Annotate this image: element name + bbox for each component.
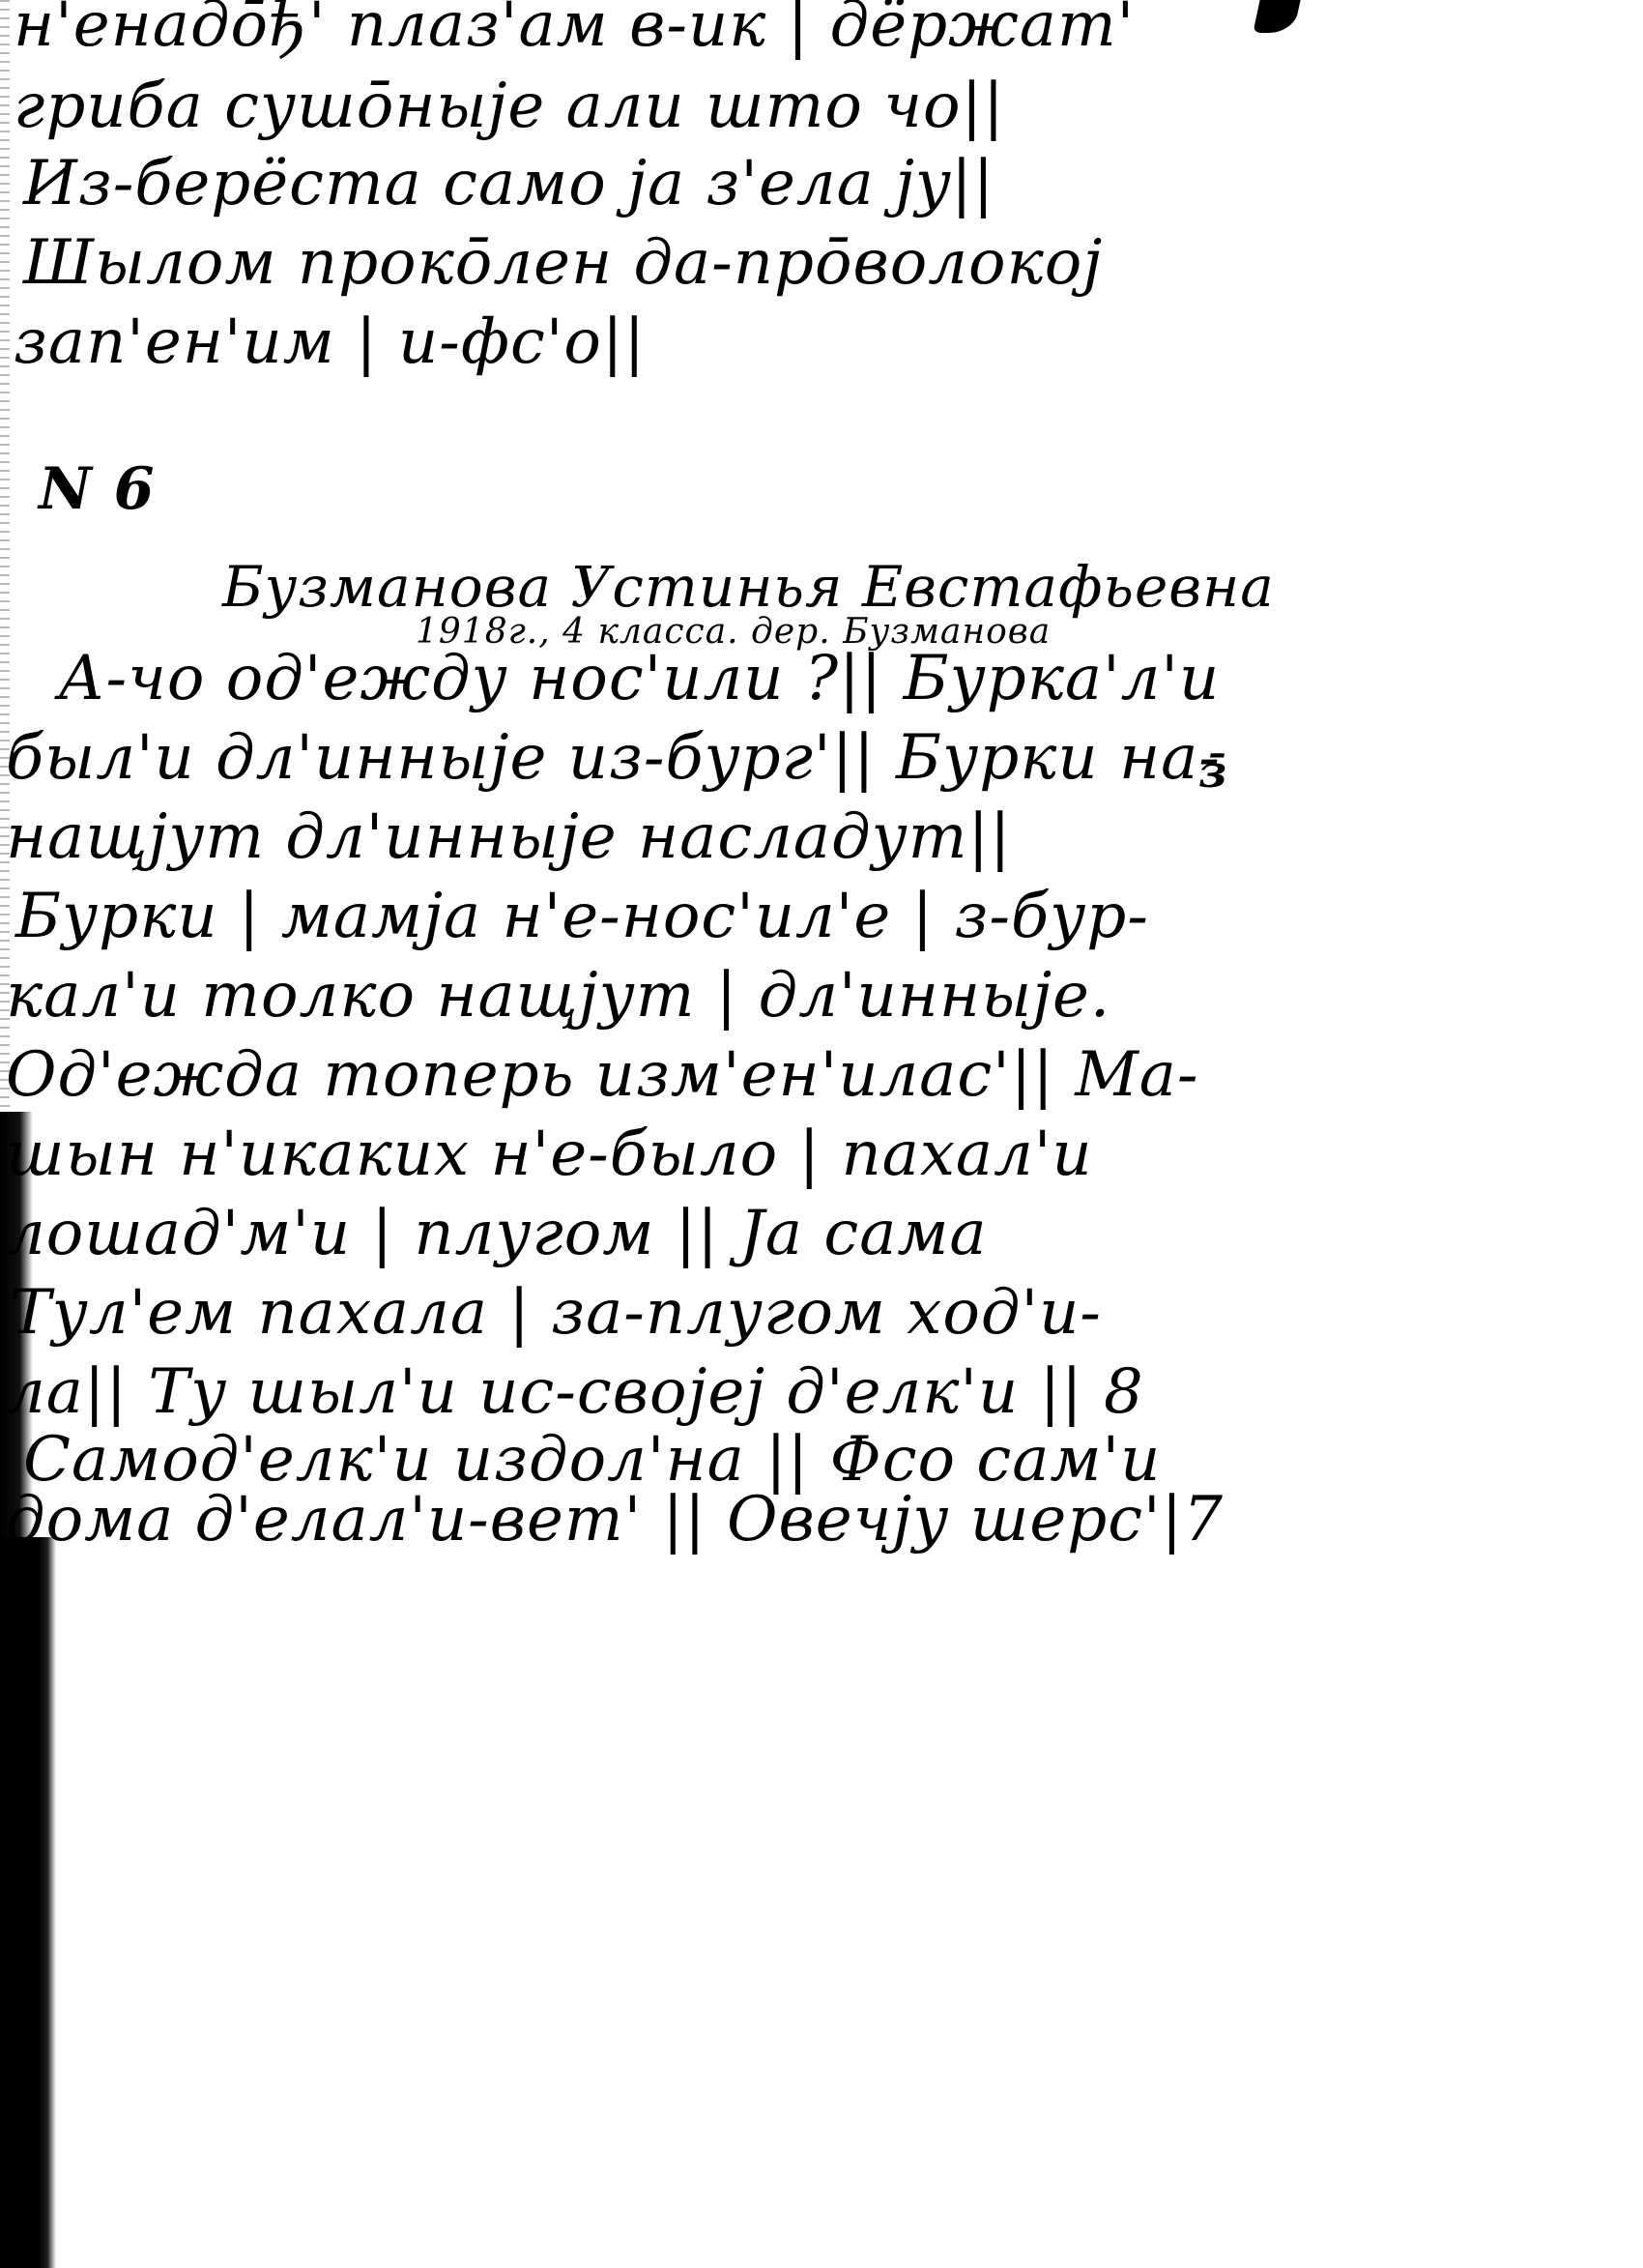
body-line-9: Тул'ем пахала | за-плугом ход'и- [10,1282,1102,1344]
body-line-3: нащјут дл'инныје насладут|| [6,806,1012,868]
informant-name: Бузманова Устинья Евстафьевна [222,559,1275,615]
body-line-5: кал'и толко нащјут | дл'инныје. [6,965,1110,1027]
top-line-5: зап'ен'им | и-фс'о|| [14,311,646,373]
margin-mark-1: з̄ [1198,749,1227,794]
top-line-3: Из-берёста само ја з'ела јy|| [23,153,994,215]
manuscript-page: н'енадо̄ђ' плаз'ам в-ик | дёржат' гриба … [0,0,1643,2268]
top-line-2: гриба сушо̄ныје али што чо|| [14,75,1005,137]
top-line-1: н'енадо̄ђ' плаз'ам в-ик | дёржат' [14,0,1135,56]
body-line-7: шын н'икакиx н'е-было | пахал'и [6,1123,1093,1185]
body-line-4: Бурки | мамја н'е-нос'ил'е | з-бур- [15,886,1149,947]
body-line-6: Од'ежда топерь изм'ен'илас'|| Ма- [6,1044,1199,1106]
section-number: N 6 [39,460,155,518]
body-line-12: дома д'елал'и-вет' || Овечју шерс'|7 [6,1489,1224,1551]
body-line-11: Самод'елк'и издол'на || Фсо сам'и [23,1429,1161,1491]
body-line-2: был'и дл'инныје из-бург'|| Бурки на- [6,727,1221,789]
ink-blot [1253,0,1300,33]
body-line-1: А-чо од'ежду нос'или ?|| Бурка'л'и [58,648,1220,710]
body-line-10: ла|| Ту шыл'и ис-своjej д'елк'и || 8 [6,1361,1144,1423]
top-line-4: Шылом проко̄лен да-про̄волокој [23,232,1103,294]
body-line-8: лошад'м'и | плугом || Ја сама [6,1203,988,1265]
binding-shadow-bottom [0,1537,56,2268]
